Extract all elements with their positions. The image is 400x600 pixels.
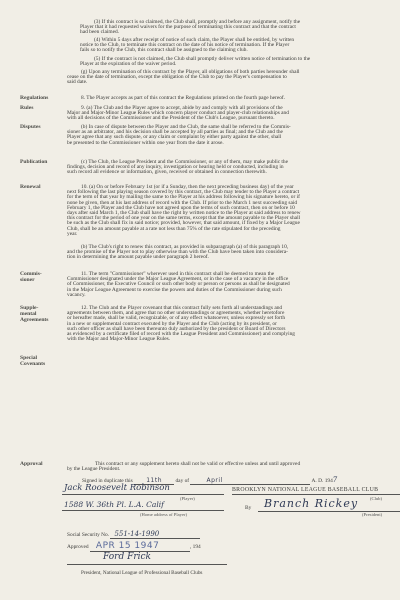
clause-3: (3) If this contract is so claimed, the … [80,20,400,36]
section-renewal: 10. (a) On or before February 1st (or if… [67,185,400,237]
president-caption: (President) [362,512,382,517]
text-line: such record all evidence or information,… [67,170,400,175]
clause-g: (g) Upon any termination of this contrac… [67,70,400,86]
clause-4: (4) Within 5 days after receipt of notic… [80,38,400,54]
president-signature: Branch Rickey [264,497,358,510]
player-signature-field: Jack Roosevelt Robinson [62,483,224,495]
text-line: by the League President. [67,467,400,472]
section-regulations: 8. The Player accepts as part of this co… [67,96,400,101]
text-line: with all decisions of the Commissioner a… [67,116,400,121]
league-president-signature-field: Ford Frick [67,553,227,565]
address-field: 1588 W. 36th Pl. L.A. Calif [62,500,224,511]
text-line: Player at the expiration of the waiver p… [80,62,400,67]
club-name: BROOKLYN NATIONAL LEAGUE BASEBALL CLUB [232,487,378,493]
year-suffix: 7 [333,476,337,484]
section-supplemental-agreements: 12. The Club and the Player covenant tha… [67,306,400,342]
text-line: had been claimed. [80,30,400,35]
label-special-covenants: Special Covenants [20,356,76,368]
section-renewal-b: (b) The Club's right to renew this contr… [67,245,400,261]
text-line: vacancy. [67,293,400,298]
section-disputes: (b) In case of dispute between the Playe… [67,125,400,146]
text-line: be presented to the Commissioner within … [67,141,400,146]
league-president-signature: Ford Frick [103,552,151,562]
ssn-field: 551-14-1990 [110,530,200,539]
approved-row: Approved APR 15 1947, 194 [67,541,201,552]
president-signature-field: Branch Rickey [258,497,400,512]
by-label: By [245,505,251,511]
text-line: said date. [67,80,400,85]
ad-label: A. D. 194 [312,478,333,484]
player-signature: Jack Roosevelt Robinson [64,483,170,493]
league-president-caption: President, National League of Profession… [81,570,202,576]
contract-page: (3) If this contract is so claimed, the … [0,0,400,600]
ssn-value: 551-14-1990 [110,530,159,538]
approved-label: Approved [67,544,89,550]
section-approval: This contract or any supplement hereto s… [67,462,400,472]
ssn-row: Social Security No. 551-14-1990 [67,530,200,539]
approved-date-field: APR 15 1947 [90,541,190,552]
text-line: tion in determining the amount payable u… [67,255,400,260]
address-value: 1588 W. 36th Pl. L.A. Calif [64,500,164,509]
club-line [232,494,400,495]
address-caption: (Home address of Player) [140,512,187,517]
clause-5: (5) If the contract is not claimed, the … [80,57,400,67]
ssn-label: Social Security No. [67,532,109,538]
section-commissioner: 11. The term "Commissioner" wherever use… [67,272,400,298]
text-line: fails so to notify the Club, this contra… [80,48,400,53]
approved-year-suffix: , 194 [190,544,201,550]
section-rules: 9. (a) The Club and the Player agree to … [67,106,400,122]
approved-stamp: APR 15 1947 [90,541,159,551]
text-line: year. [67,232,400,237]
text-line: 8. The Player accepts as part of this co… [67,96,400,101]
text-line: with the Major and Major-Minor League Ru… [67,337,400,342]
section-publication: (c) The Club, the League President and t… [67,160,400,176]
